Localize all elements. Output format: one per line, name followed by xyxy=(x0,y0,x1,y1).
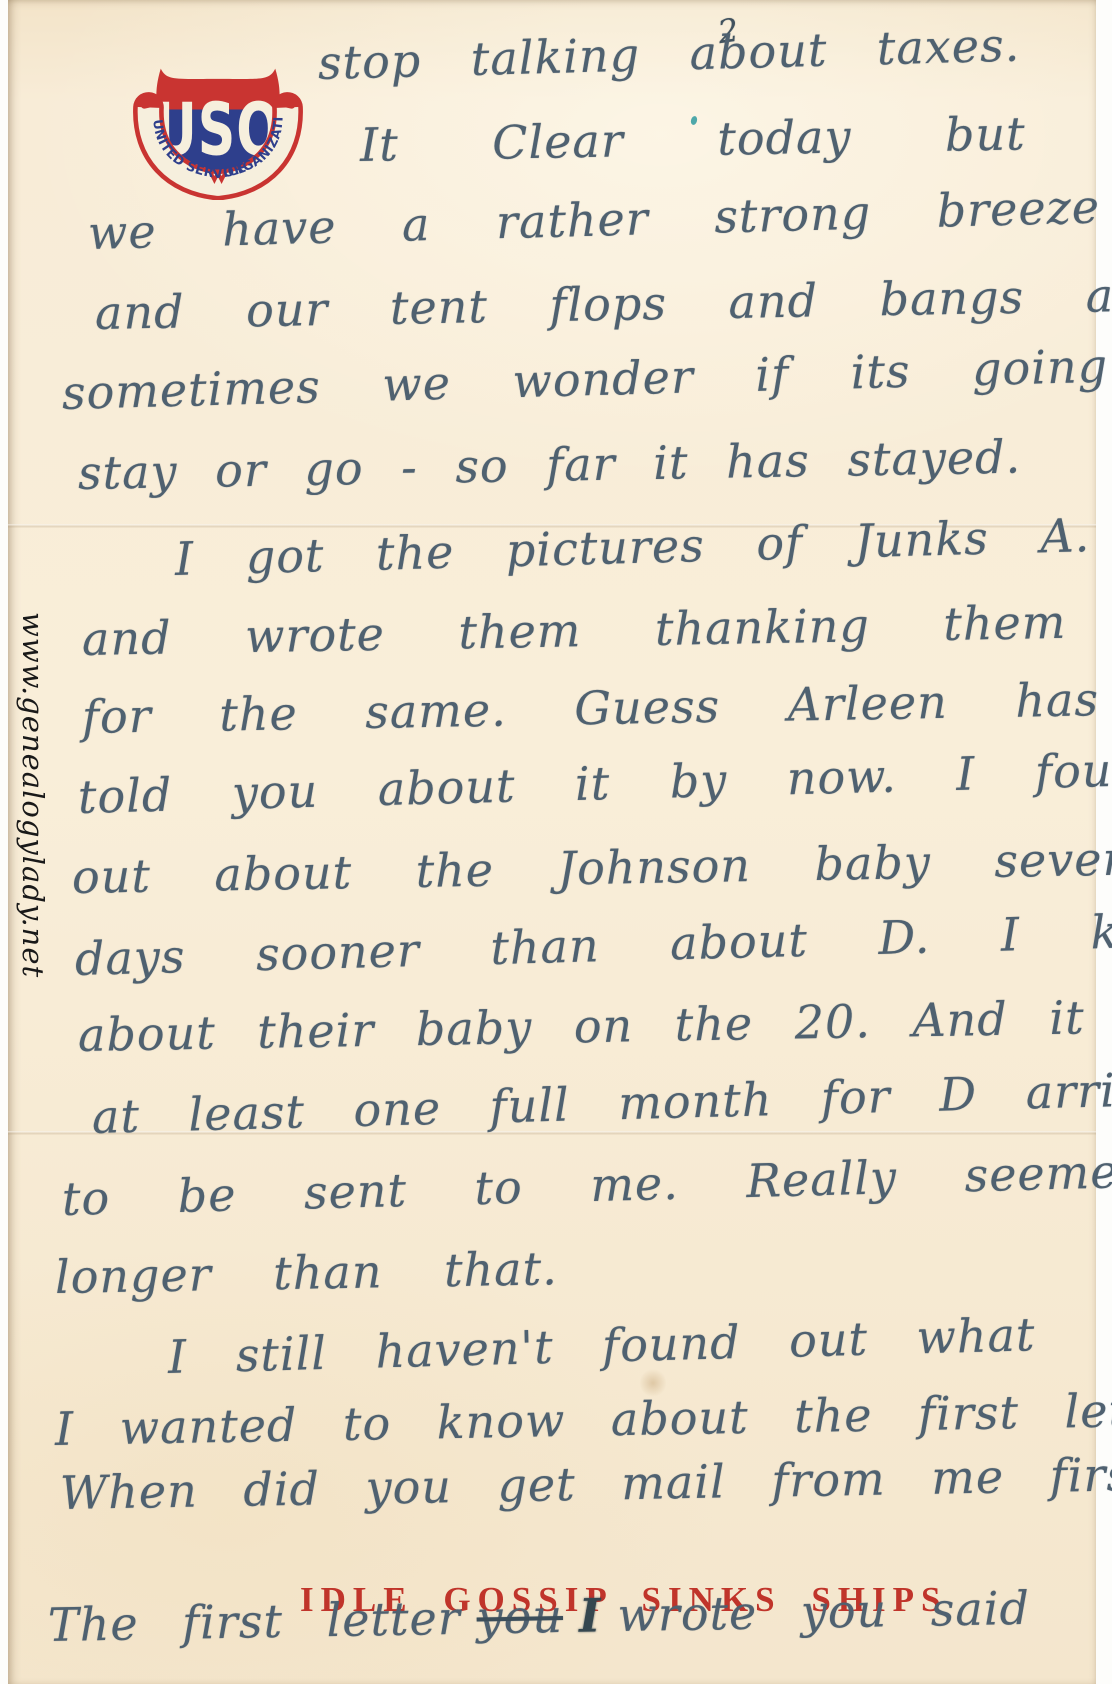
handwritten-line: longer than that. xyxy=(55,1241,559,1304)
last-line-rest: wrote you said xyxy=(617,1581,1030,1642)
last-line-overwrite: I xyxy=(578,1588,601,1642)
last-line-pre: The first letter xyxy=(48,1591,462,1652)
genealogylady-watermark: www.genealogylady.net xyxy=(16,612,50,962)
scanned-letter-page: { "page": { "page_number": "2", "waterma… xyxy=(0,0,1112,1684)
last-line-struck-word: you xyxy=(476,1589,563,1644)
uso-logo: USO UNITED SERVICE ORGANIZATIONS xyxy=(126,66,310,200)
uso-shield-icon: USO UNITED SERVICE ORGANIZATIONS xyxy=(126,66,310,200)
scan-edge-left xyxy=(0,0,8,1684)
